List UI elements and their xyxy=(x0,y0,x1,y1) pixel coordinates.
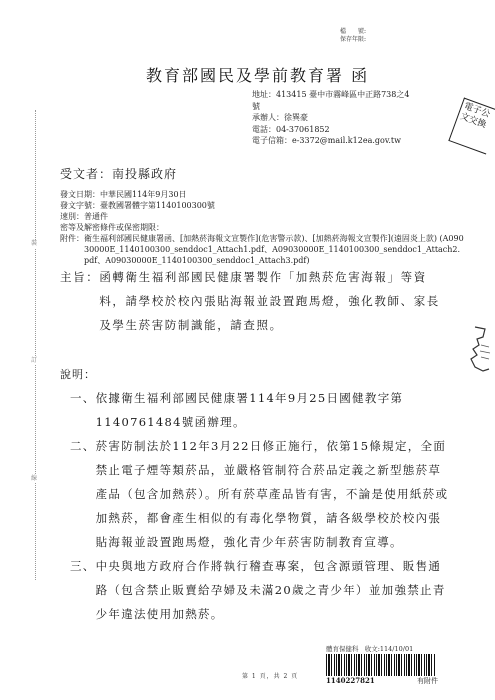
file-meta: 檔 號: 保存年限: xyxy=(340,28,366,44)
priority: 速別：普通件 xyxy=(60,211,480,222)
page-number: 第 1 頁，共 2 頁 xyxy=(242,671,298,680)
stamp-icon xyxy=(463,325,493,375)
subject-label: 主旨： xyxy=(60,265,99,337)
recipient: 受文者：南投縣政府 xyxy=(60,165,177,182)
binding-mark: 訂 xyxy=(31,357,37,365)
email: 電子信箱：e-3372@mail.k12ea.gov.tw xyxy=(252,135,452,147)
secrecy: 密等及解密條件或保密期限： xyxy=(60,222,480,233)
document-meta: 發文日期：中華民國114年9月30日 發文字號：臺教國署體字第114010030… xyxy=(60,189,480,266)
retention-label: 保存年限: xyxy=(340,36,366,44)
contact-block: 地址：413415 臺中市霧峰區中正路738之4 號 承辦人：徐巽豪 電話：04… xyxy=(252,89,452,147)
receipt-footer: 1140227821 有附件 xyxy=(326,676,438,686)
description-item: 三、 中央與地方政府合作將執行稽查專案，包含源頭管理、販售通路（包含禁止販賣給孕… xyxy=(70,554,450,626)
binding-mark: 線 xyxy=(31,475,37,483)
electronic-exchange-stamp: 電子公文交換 xyxy=(448,98,495,155)
subject: 主旨： 函轉衛生福利部國民健康署製作「加熱菸危害海報」等資料，請學校於校內張貼海… xyxy=(60,265,450,337)
document-title: 教育部國民及學前教育署 函 xyxy=(146,63,369,86)
attachments: 附件： 衛生福利部國民健康署函、[加熱菸海報文宣製作](危害警示款)、[加熱菸海… xyxy=(60,233,480,266)
item-number: 三、 xyxy=(70,554,96,626)
file-number-label: 檔 號: xyxy=(340,28,366,36)
issue-date: 發文日期：中華民國114年9月30日 xyxy=(60,189,480,200)
description-item: 二、 菸害防制法於112年3月22日修正施行，依第15條規定，全面禁止電子煙等類… xyxy=(70,434,450,554)
address: 地址：413415 臺中市霧峰區中正路738之4 xyxy=(252,89,452,101)
attachments-list: 衛生福利部國民健康署函、[加熱菸海報文宣製作](危害警示款)、[加熱菸海報文宣製… xyxy=(84,233,464,266)
receipt-header: 體育保健科 收文:114/10/01 xyxy=(326,644,438,653)
binding-mark: 裝 xyxy=(31,240,37,248)
phone: 電話：04-37061852 xyxy=(252,124,452,136)
item-number: 二、 xyxy=(70,434,96,554)
handler: 承辦人：徐巽豪 xyxy=(252,112,452,124)
receipt-date: 收文:114/10/01 xyxy=(365,645,414,653)
item-text: 依據衛生福利部國民健康署114年9月25日國健教字第1140761484號函辦理… xyxy=(96,386,450,434)
item-text: 菸害防制法於112年3月22日修正施行，依第15條規定，全面禁止電子煙等類菸品，… xyxy=(96,434,450,554)
item-number: 一、 xyxy=(70,386,96,434)
address-cont: 號 xyxy=(252,101,452,113)
description-items: 一、 依據衛生福利部國民健康署114年9月25日國健教字第1140761484號… xyxy=(70,386,450,626)
document-number: 發文字號：臺教國署體字第1140100300號 xyxy=(60,200,480,211)
receipt-dept: 體育保健科 xyxy=(326,645,359,653)
attachments-label: 附件： xyxy=(60,233,84,266)
barcode-icon xyxy=(326,654,436,676)
description-label: 說明： xyxy=(60,366,96,382)
description-item: 一、 依據衛生福利部國民健康署114年9月25日國健教字第1140761484號… xyxy=(70,386,450,434)
attachment-flag: 有附件 xyxy=(417,676,438,686)
subject-text: 函轉衛生福利部國民健康署製作「加熱菸危害海報」等資料，請學校於校內張貼海報並設置… xyxy=(99,265,450,337)
barcode-number: 1140227821 xyxy=(326,676,375,686)
binding-line xyxy=(35,110,37,580)
item-text: 中央與地方政府合作將執行稽查專案，包含源頭管理、販售通路（包含禁止販賣給孕婦及未… xyxy=(96,554,450,626)
receipt-barcode-label: 體育保健科 收文:114/10/01 1140227821 有附件 xyxy=(326,644,438,686)
